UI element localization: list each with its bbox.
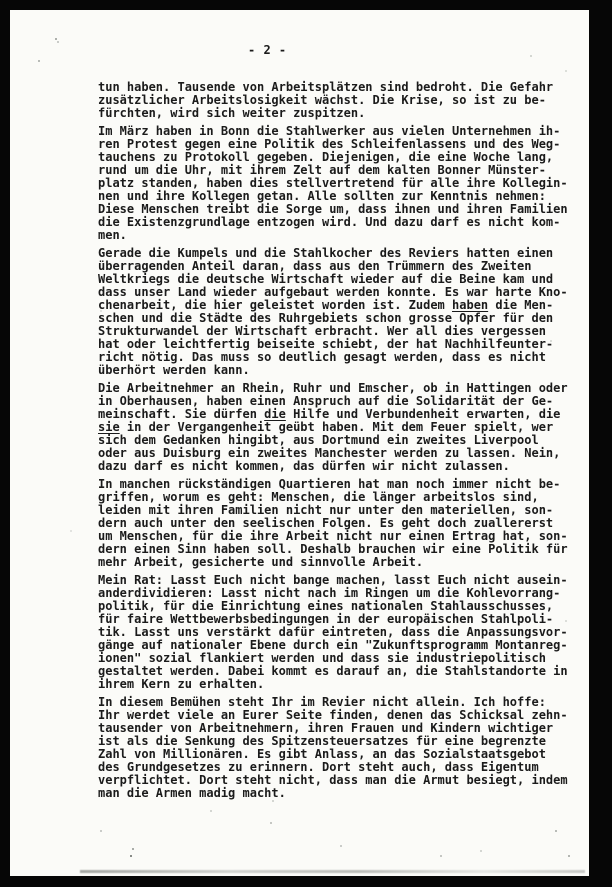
underlined-word: die [264,407,286,421]
scan-frame: - 2 - tun haben. Tausende von Arbeitsplä… [0,0,612,887]
text-line: fürchten, wird sich weiter zuspitzen. [98,107,582,120]
scan-speckles [10,10,12,12]
paragraph: In diesem Bemühen steht Ihr im Revier ni… [98,696,582,800]
paragraph: Gerade die Kumpels und die Stahlkocher d… [98,247,582,377]
underlined-word: sie [98,420,120,434]
text-line: man die Armen madig macht. [98,787,582,800]
text-line: die Existenzgrundlage entzogen wird. Und… [98,216,582,229]
page-number: - 2 - [248,43,287,57]
paragraph: In manchen rückständigen Quartieren hat … [98,478,582,569]
text-line: men. [98,229,582,242]
document-page: - 2 - tun haben. Tausende von Arbeitsplä… [10,10,589,876]
scan-smudge [80,870,585,873]
paragraph: Mein Rat: Lasst Euch nicht bange machen,… [98,574,582,691]
text-line: überhört werden kann. [98,364,582,377]
document-text: tun haben. Tausende von Arbeitsplätzen s… [98,81,582,805]
text-line: mehr Arbeit, gesicherte und sinnvolle Ar… [98,556,582,569]
paragraph: tun haben. Tausende von Arbeitsplätzen s… [98,81,582,120]
underlined-word: haben [452,298,488,312]
text-line: dazu darf es nicht kommen, das dürfen wi… [98,460,582,473]
paragraph: Die Arbeitnehmer an Rhein, Ruhr und Emsc… [98,382,582,473]
paragraph: Im März haben in Bonn die Stahlwerker au… [98,125,582,242]
text-line: ihrem Kern zu erhalten. [98,678,582,691]
